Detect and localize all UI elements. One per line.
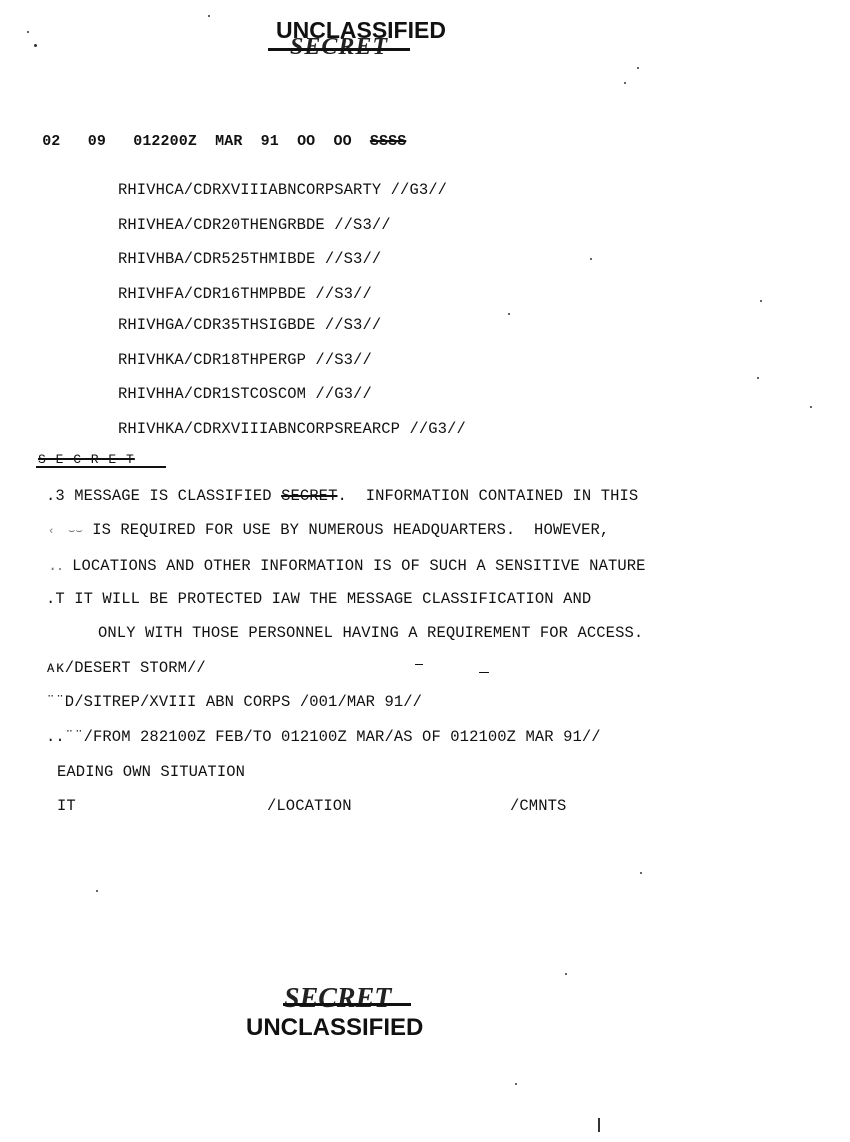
addressee-line: RHIVHCA/CDRXVIIIABNCORPSARTY //G3//: [118, 181, 447, 199]
classification-stamp-bottom: UNCLASSIFIED: [246, 1014, 423, 1042]
body-line-2-text: IS REQUIRED FOR USE BY NUMEROUS HEADQUAR…: [92, 521, 609, 539]
dtg-field-2: 09: [88, 133, 106, 150]
body-line-4-text: IT WILL BE PROTECTED IAW THE MESSAGE CLA…: [74, 590, 591, 608]
body-line-1-text: MESSAGE IS CLASSIFIED: [74, 487, 281, 505]
body-line-3-prefix: .․: [48, 557, 63, 575]
scan-speck: [565, 973, 567, 975]
table-header-location: /LOCATION: [267, 797, 352, 815]
scan-speck: [640, 872, 642, 874]
body-line-1: .3 MESSAGE IS CLASSIFIED SECRET. INFORMA…: [46, 487, 638, 505]
addressee-line: RHIVHEA/CDR20THENGRBDE //S3//: [118, 216, 391, 234]
dtg-line: 02 09 012200Z MAR 91 OO OO SSSS: [24, 116, 406, 150]
scan-speck: [508, 313, 510, 315]
dtg-field-6: OO: [297, 133, 315, 150]
dtg-field-1: 02: [42, 133, 60, 150]
body-line-2-prefix: ‹ ⌣⌣: [48, 526, 83, 538]
body-line-5: ONLY WITH THOSE PERSONNEL HAVING A REQUI…: [98, 624, 643, 642]
body-line-1-prefix: .3: [46, 487, 65, 505]
dtg-struck-field: SSSS: [370, 133, 406, 150]
scan-speck: [34, 44, 37, 47]
addressee-line: RHIVHKA/CDR18THPERGP //S3//: [118, 351, 372, 369]
strikethrough-bar-bottom: [283, 1003, 411, 1006]
body-line-3: .․ LOCATIONS AND OTHER INFORMATION IS OF…: [48, 556, 646, 575]
addressee-line: RHIVHKA/CDRXVIIIABNCORPSREARCP //G3//: [118, 420, 466, 438]
addressee-line: RHIVHFA/CDR16THMPBDE //S3//: [118, 285, 372, 303]
dtg-field-3: 012200Z: [133, 133, 197, 150]
scan-speck: [590, 258, 592, 260]
table-header-unit: IT: [57, 797, 76, 815]
scan-speck: [515, 1083, 517, 1085]
scan-dash: [479, 672, 489, 673]
body-line-msgid: ¨¨D/SITREP/XVIII ABN CORPS /001/MAR 91//: [46, 693, 422, 711]
addressee-line: RHIVHGA/CDR35THSIGBDE //S3//: [118, 316, 381, 334]
dtg-field-7: OO: [333, 133, 351, 150]
body-line-2: ‹ ⌣⌣ IS REQUIRED FOR USE BY NUMEROUS HEA…: [48, 521, 609, 539]
body-line-4-prefix: .T: [46, 590, 65, 608]
underline-bar: [36, 466, 166, 468]
dtg-field-4: MAR: [215, 133, 242, 150]
scan-dash: [415, 664, 423, 665]
scan-speck: [27, 31, 29, 33]
scan-speck: [760, 300, 762, 302]
scan-speck: [810, 406, 812, 408]
struck-secret-stamp-bottom: SECRET: [284, 983, 391, 1015]
dtg-field-5: 91: [261, 133, 279, 150]
table-header-comments: /CMNTS: [510, 797, 566, 815]
addressee-line: RHIVHBA/CDR525THMIBDE //S3//: [118, 250, 381, 268]
body-line-1-suffix: . INFORMATION CONTAINED IN THIS: [337, 487, 638, 505]
body-line-heading: EADING OWN SITUATION: [57, 763, 245, 781]
body-line-3-text: LOCATIONS AND OTHER INFORMATION IS OF SU…: [72, 557, 646, 575]
addressee-line: RHIVHHA/CDR1STCOSCOM //G3//: [118, 385, 372, 403]
body-line-operation: ᴀᴋ/DESERT STORM//: [46, 659, 206, 677]
body-line-period: ..¨¨/FROM 282100Z FEB/TO 012100Z MAR/AS …: [46, 728, 601, 746]
scan-speck: [598, 1118, 600, 1132]
scan-speck: [96, 890, 98, 892]
scan-speck: [637, 67, 639, 69]
struck-classification-line: S E C R E T: [38, 452, 135, 467]
struck-secret-word: SECRET: [281, 487, 337, 505]
strikethrough-bar-top: [268, 48, 410, 51]
scan-speck: [624, 82, 626, 84]
body-line-4: .T IT WILL BE PROTECTED IAW THE MESSAGE …: [46, 590, 591, 608]
scan-speck: [208, 15, 210, 17]
scan-speck: [757, 377, 759, 379]
